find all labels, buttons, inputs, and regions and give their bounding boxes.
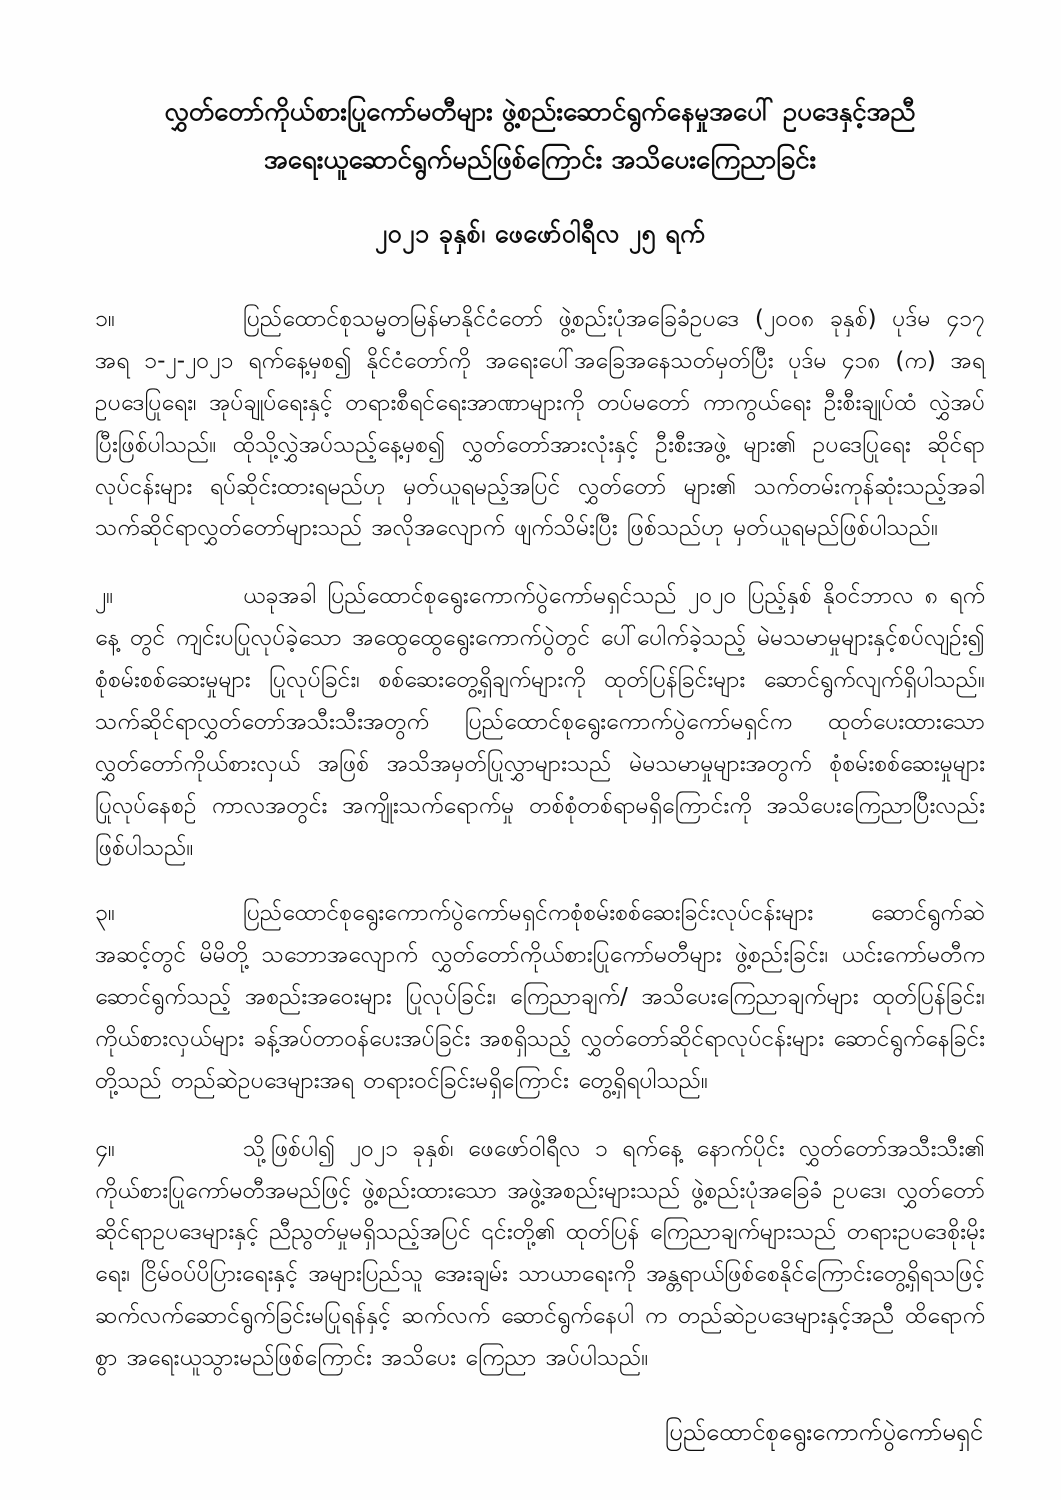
paragraph-4-number: ၄။	[95, 1129, 243, 1171]
title-line-2: အရေးယူဆောင်ရွက်မည်ဖြစ်ကြောင်း အသိပေးကြေည…	[95, 136, 985, 184]
paragraph-3-number: ၃။	[95, 893, 243, 935]
paragraph-1: ၁။ပြည်ထောင်စုသမ္မတမြန်မာနိုင်ငံတော် ဖွဲ့…	[95, 299, 985, 550]
paragraph-2-text: ယခုအခါ ပြည်ထောင်စုရွေးကောက်ပွဲကော်မရှင်သ…	[95, 583, 985, 860]
signature-line: ပြည်ထောင်စုရွေးကောက်ပွဲကော်မရှင်	[95, 1416, 985, 1452]
paragraph-2: ၂။ယခုအခါ ပြည်ထောင်စုရွေးကောက်ပွဲကော်မရှင…	[95, 576, 985, 869]
title-line-1: လွှတ်တော်ကိုယ်စားပြုကော်မတီများ ဖွဲ့စည်း…	[95, 88, 985, 136]
paragraph-1-number: ၁။	[95, 299, 243, 341]
document-body: ၁။ပြည်ထောင်စုသမ္မတမြန်မာနိုင်ငံတော် ဖွဲ့…	[95, 299, 985, 1380]
date-line: ၂၀၂၁ ခုနှစ်၊ ဖေဖော်ဝါရီလ ၂၅ ရက်	[95, 218, 985, 255]
paragraph-4-text: သို့ဖြစ်ပါ၍ ၂၀၂၁ ခုနှစ်၊ ဖေဖော်ဝါရီလ ၁ ရ…	[95, 1136, 985, 1371]
document-page: လွှတ်တော်ကိုယ်စားပြုကော်မတီများ ဖွဲ့စည်း…	[0, 0, 1061, 1500]
paragraph-4: ၄။သို့ဖြစ်ပါ၍ ၂၀၂၁ ခုနှစ်၊ ဖေဖော်ဝါရီလ ၁…	[95, 1129, 985, 1380]
paragraph-3: ၃။ပြည်ထောင်စုရွေးကောက်ပွဲကော်မရှင်ကစုံစမ…	[95, 893, 985, 1102]
paragraph-1-text: ပြည်ထောင်စုသမ္မတမြန်မာနိုင်ငံတော် ဖွဲ့စည…	[95, 306, 985, 541]
paragraph-2-number: ၂။	[95, 576, 243, 618]
document-title: လွှတ်တော်ကိုယ်စားပြုကော်မတီများ ဖွဲ့စည်း…	[95, 88, 985, 184]
